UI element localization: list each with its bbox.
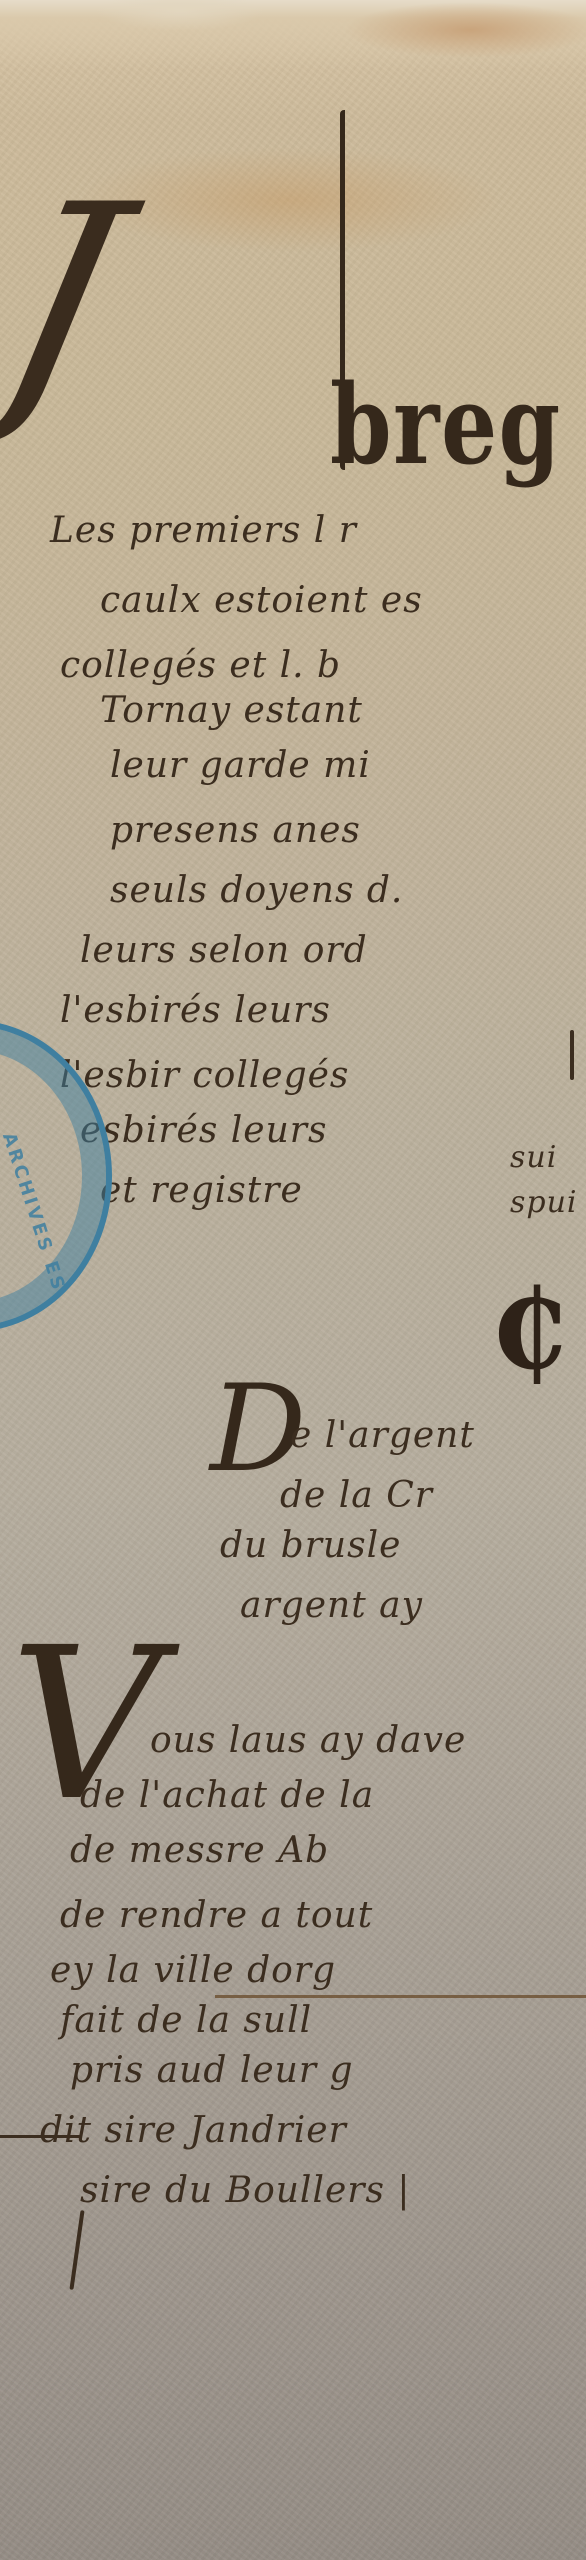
bracket-stroke xyxy=(570,1030,574,1080)
manuscript-line: esbirés leurs xyxy=(80,1110,327,1151)
underline-rule xyxy=(215,1995,586,1998)
manuscript-line: sire du Boullers | xyxy=(80,2170,411,2211)
manuscript-line: pris aud leur g xyxy=(70,2050,354,2091)
section-mark-symbol: ₵ xyxy=(490,1265,567,1394)
manuscript-line: presens anes xyxy=(110,810,361,851)
manuscript-line: l'esbirés leurs xyxy=(60,990,331,1031)
manuscript-line: de la Cr xyxy=(280,1475,433,1516)
manuscript-line: dit sire Jandrier xyxy=(40,2110,347,2151)
manuscript-line: ous laus ay dave xyxy=(150,1720,466,1761)
manuscript-line: l'esbir collegés xyxy=(60,1055,349,1096)
manuscript-line: de l'achat de la xyxy=(80,1775,374,1816)
manuscript-line: de rendre a tout xyxy=(60,1895,373,1936)
manuscript-line: fait de la sull xyxy=(60,2000,312,2041)
manuscript-line: leur garde mi xyxy=(110,745,371,786)
margin-stroke xyxy=(0,2135,80,2138)
margin-fragment: spui xyxy=(510,1185,578,1220)
manuscript-page: J breg Les premiers l r caulx estoient e… xyxy=(0,0,586,2560)
manuscript-line: e l'argent xyxy=(290,1415,475,1456)
margin-fragment: sui xyxy=(510,1140,557,1175)
manuscript-line: caulx estoient es xyxy=(100,580,423,621)
manuscript-line: Tornay estant xyxy=(100,690,363,731)
manuscript-line: seuls doyens d. xyxy=(110,870,403,911)
manuscript-line: collegés et l. b xyxy=(60,645,341,686)
manuscript-line: leurs selon ord xyxy=(80,930,368,971)
manuscript-line: argent ay xyxy=(240,1585,423,1626)
manuscript-line: du brusle xyxy=(220,1525,401,1566)
heading-word: breg xyxy=(330,360,562,489)
manuscript-line: ey la ville dorg xyxy=(50,1950,336,1991)
torn-top-edge xyxy=(0,0,586,70)
manuscript-line: et registre xyxy=(100,1170,303,1211)
manuscript-line: de messre Ab xyxy=(70,1830,329,1871)
manuscript-line: Les premiers l r xyxy=(50,510,357,551)
